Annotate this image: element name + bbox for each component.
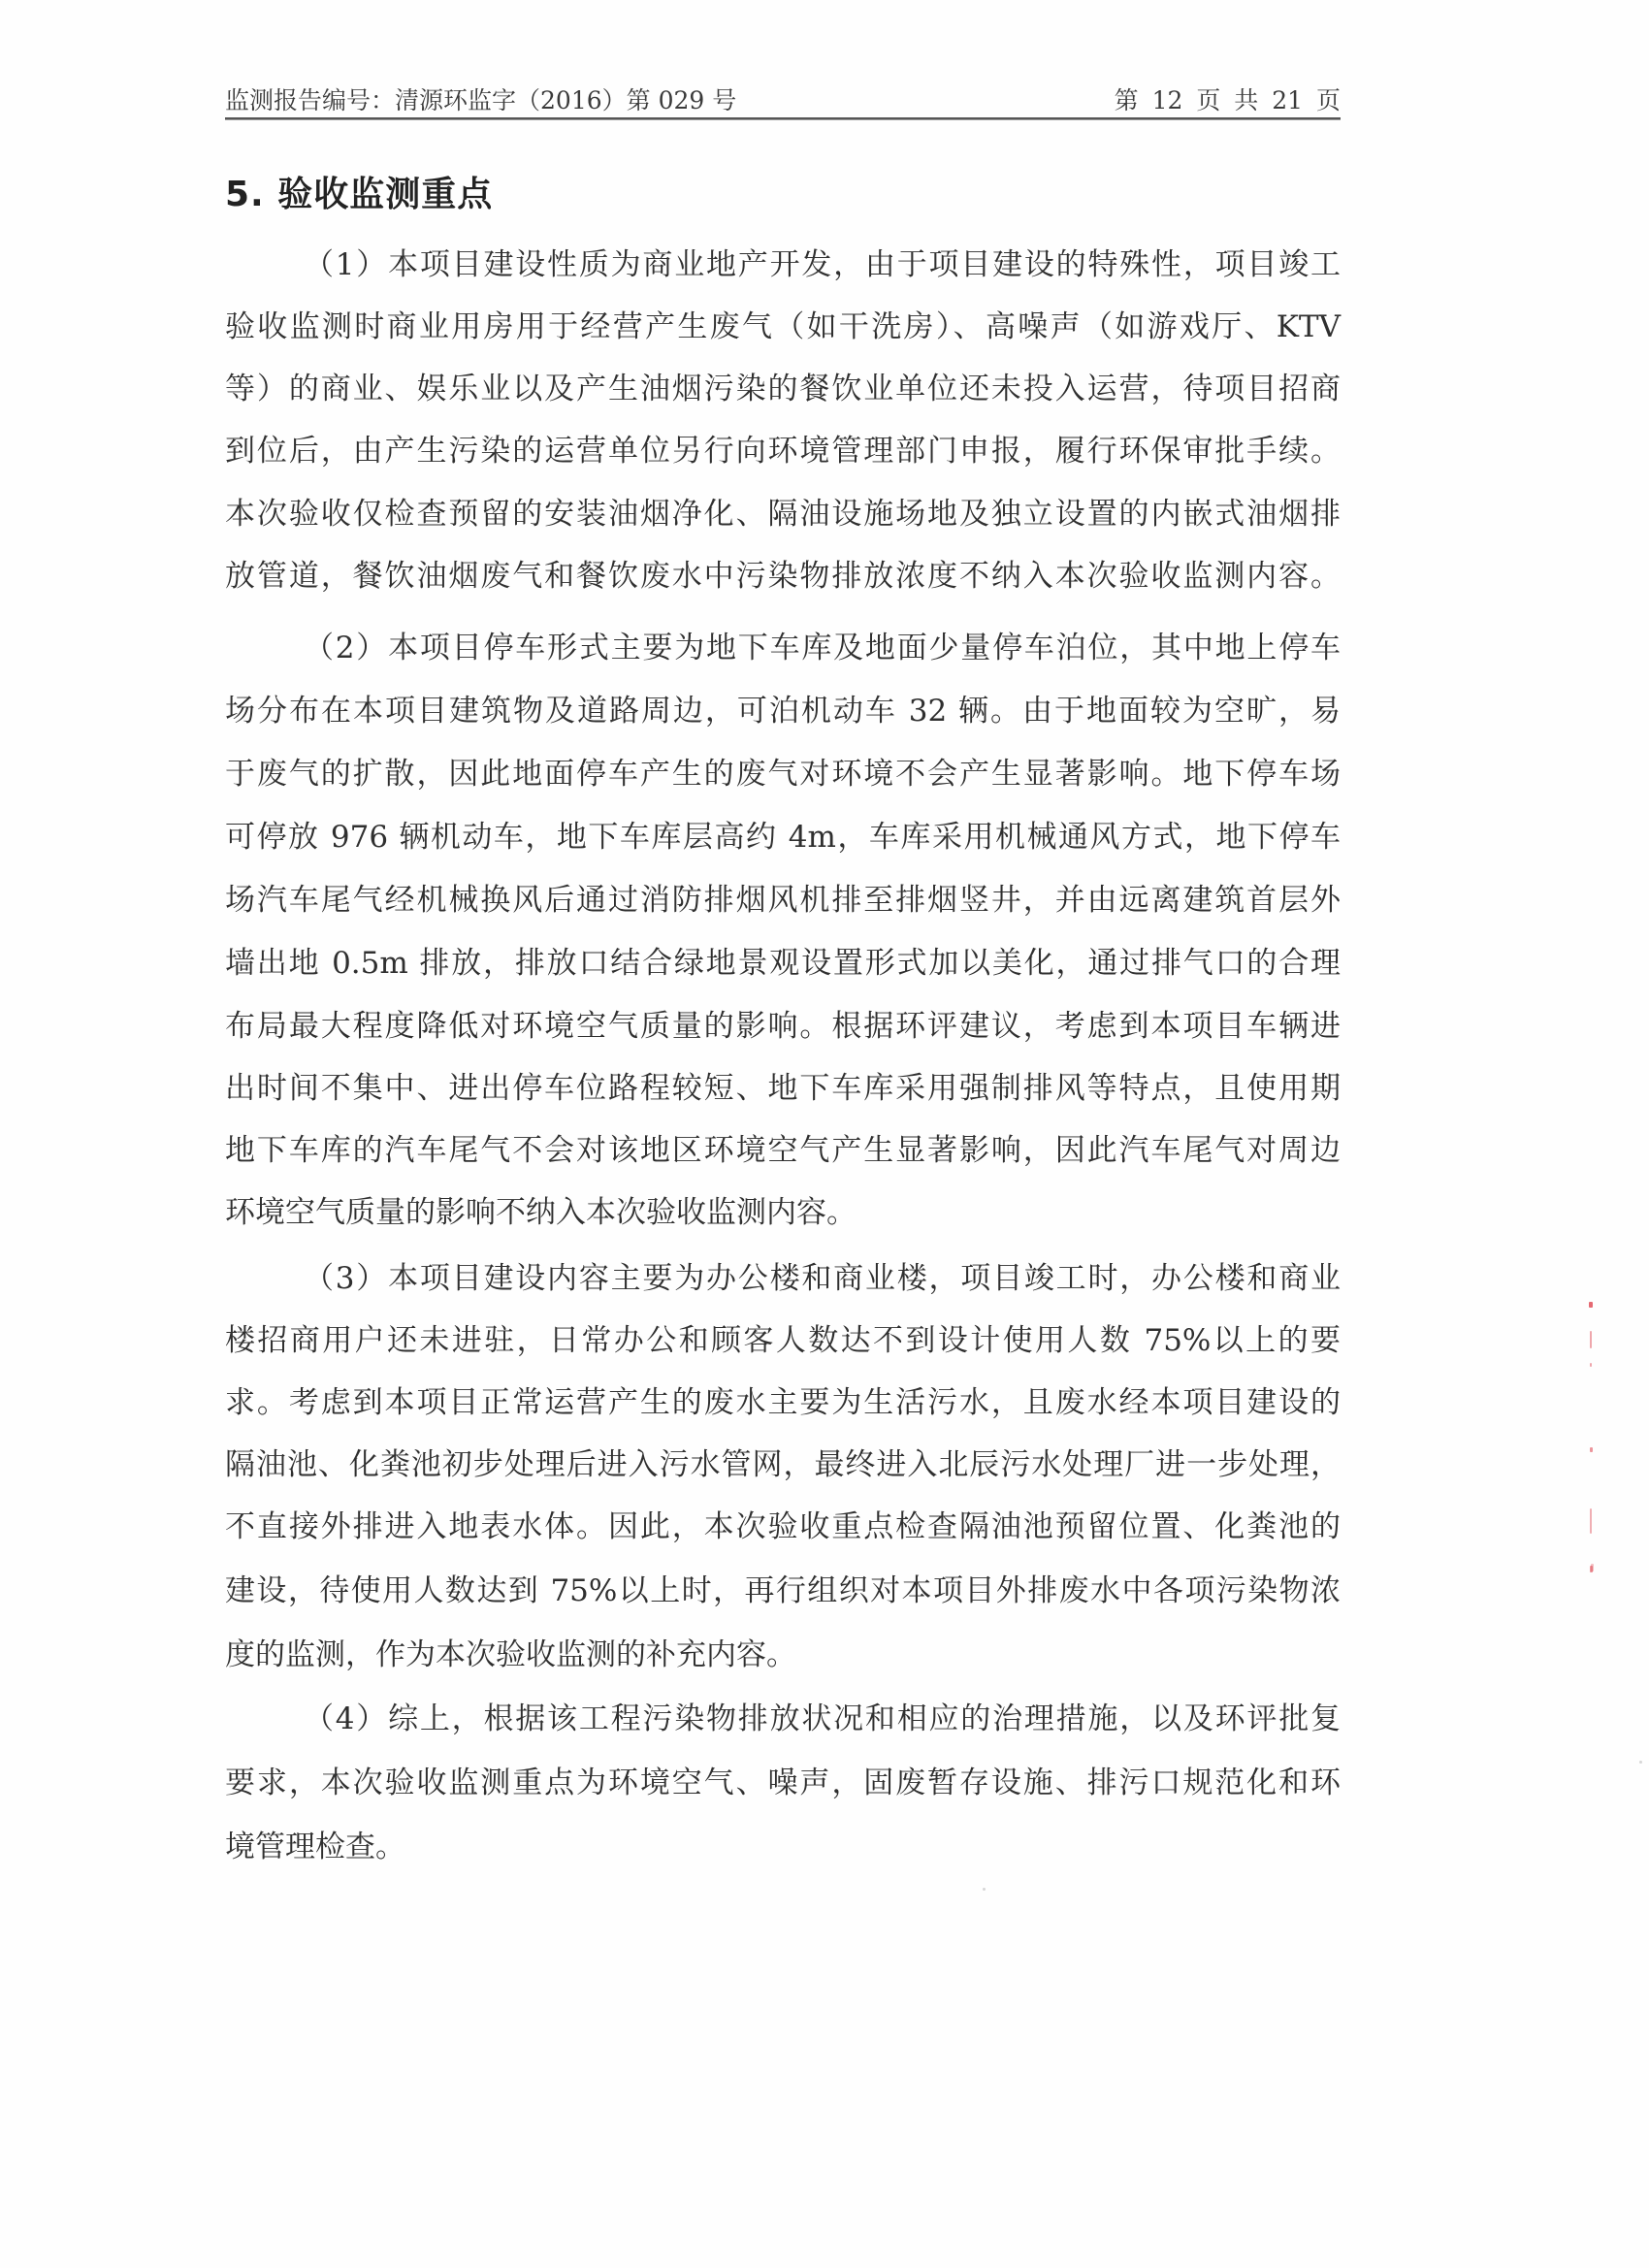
paragraph-line: （3）本项目建设内容主要为办公楼和商业楼，项目竣工时，办公楼和商业 bbox=[304, 1259, 1341, 1298]
seal-mark bbox=[1590, 1363, 1592, 1367]
paragraph-line: 于废气的扩散，因此地面停车产生的废气对环境不会产生显著影响。地下停车场 bbox=[225, 755, 1341, 794]
paragraph-line: 地下车库的汽车尾气不会对该地区环境空气产生显著影响，因此汽车尾气对周边 bbox=[225, 1131, 1341, 1170]
paragraph-line: 楼招商用户还未进驻，日常办公和顾客人数达不到设计使用人数 75%以上的要 bbox=[225, 1321, 1341, 1360]
seal-mark bbox=[1590, 1331, 1592, 1348]
paragraph-line: 求。考虑到本项目正常运营产生的废水主要为生活污水，且废水经本项目建设的 bbox=[225, 1383, 1341, 1422]
paragraph-line: 墙出地 0.5m 排放，排放口结合绿地景观设置形式加以美化，通过排气口的合理 bbox=[225, 944, 1341, 983]
paragraph-line: 隔油池、化粪池初步处理后进入污水管网，最终进入北辰污水处理厂进一步处理， bbox=[225, 1445, 1341, 1484]
page-number: 第 12 页 共 21 页 bbox=[1115, 81, 1341, 116]
scan-speck bbox=[1639, 1761, 1642, 1764]
seal-mark bbox=[1590, 1447, 1593, 1452]
seal-mark bbox=[1589, 1302, 1593, 1308]
paragraph-line: （2）本项目停车形式主要为地下车库及地面少量停车泊位，其中地上停车 bbox=[304, 629, 1341, 667]
scan-speck bbox=[983, 1888, 986, 1891]
paragraph-line: 到位后，由产生污染的运营单位另行向环境管理部门申报，履行环保审批手续。 bbox=[225, 432, 1341, 470]
seal-mark bbox=[1591, 1564, 1594, 1571]
page-header: 监测报告编号：清源环监字（2016）第 029 号 第 12 页 共 21 页 bbox=[225, 81, 1341, 116]
header-divider bbox=[225, 117, 1341, 120]
paragraph-line: 验收监测时商业用房用于经营产生废气（如干洗房）、高噪声（如游戏厅、KTV bbox=[225, 308, 1341, 346]
paragraph-line: 环境空气质量的影响不纳入本次验收监测内容。 bbox=[225, 1193, 857, 1232]
paragraph-line: 建设，待使用人数达到 75%以上时，再行组织对本项目外排废水中各项污染物浓 bbox=[225, 1571, 1341, 1610]
paragraph-line: 度的监测，作为本次验收监测的补充内容。 bbox=[225, 1636, 796, 1674]
paragraph-line: 不直接外排进入地表水体。因此，本次验收重点检查隔油池预留位置、化粪池的 bbox=[225, 1507, 1341, 1546]
paragraph-line: 布局最大程度降低对环境空气质量的影响。根据环评建议，考虑到本项目车辆进 bbox=[225, 1007, 1341, 1046]
paragraph-line: （1）本项目建设性质为商业地产开发，由于项目建设的特殊性，项目竣工 bbox=[304, 245, 1341, 284]
paragraph-line: 放管道，餐饮油烟废气和餐饮废水中污染物排放浓度不纳入本次验收监测内容。 bbox=[225, 557, 1341, 596]
paragraph-line: 场分布在本项目建筑物及道路周边，可泊机动车 32 辆。由于地面较为空旷，易 bbox=[225, 692, 1341, 730]
paragraph-line: 出时间不集中、进出停车位路程较短、地下车库采用强制排风等特点，且使用期 bbox=[225, 1069, 1341, 1108]
section-heading: 5. 验收监测重点 bbox=[225, 167, 493, 216]
paragraph-line: （4）综上，根据该工程污染物排放状况和相应的治理措施，以及环评批复 bbox=[304, 1700, 1341, 1738]
paragraph-line: 可停放 976 辆机动车，地下车库层高约 4m，车库采用机械通风方式，地下停车 bbox=[225, 818, 1341, 857]
seal-mark bbox=[1590, 1508, 1592, 1534]
paragraph-line: 境管理检查。 bbox=[225, 1828, 405, 1866]
document-page: 监测报告编号：清源环监字（2016）第 029 号 第 12 页 共 21 页 … bbox=[0, 0, 1649, 2268]
paragraph-line: 本次验收仅检查预留的安装油烟净化、隔油设施场地及独立设置的内嵌式油烟排 bbox=[225, 495, 1341, 534]
paragraph-line: 场汽车尾气经机械换风后通过消防排烟风机排至排烟竖井，并由远离建筑首层外 bbox=[225, 881, 1341, 920]
paragraph-line: 要求，本次验收监测重点为环境空气、噪声，固废暂存设施、排污口规范化和环 bbox=[225, 1764, 1341, 1802]
report-number: 监测报告编号：清源环监字（2016）第 029 号 bbox=[225, 81, 736, 116]
paragraph-line: 等）的商业、娱乐业以及产生油烟污染的餐饮业单位还未投入运营，待项目招商 bbox=[225, 370, 1341, 408]
